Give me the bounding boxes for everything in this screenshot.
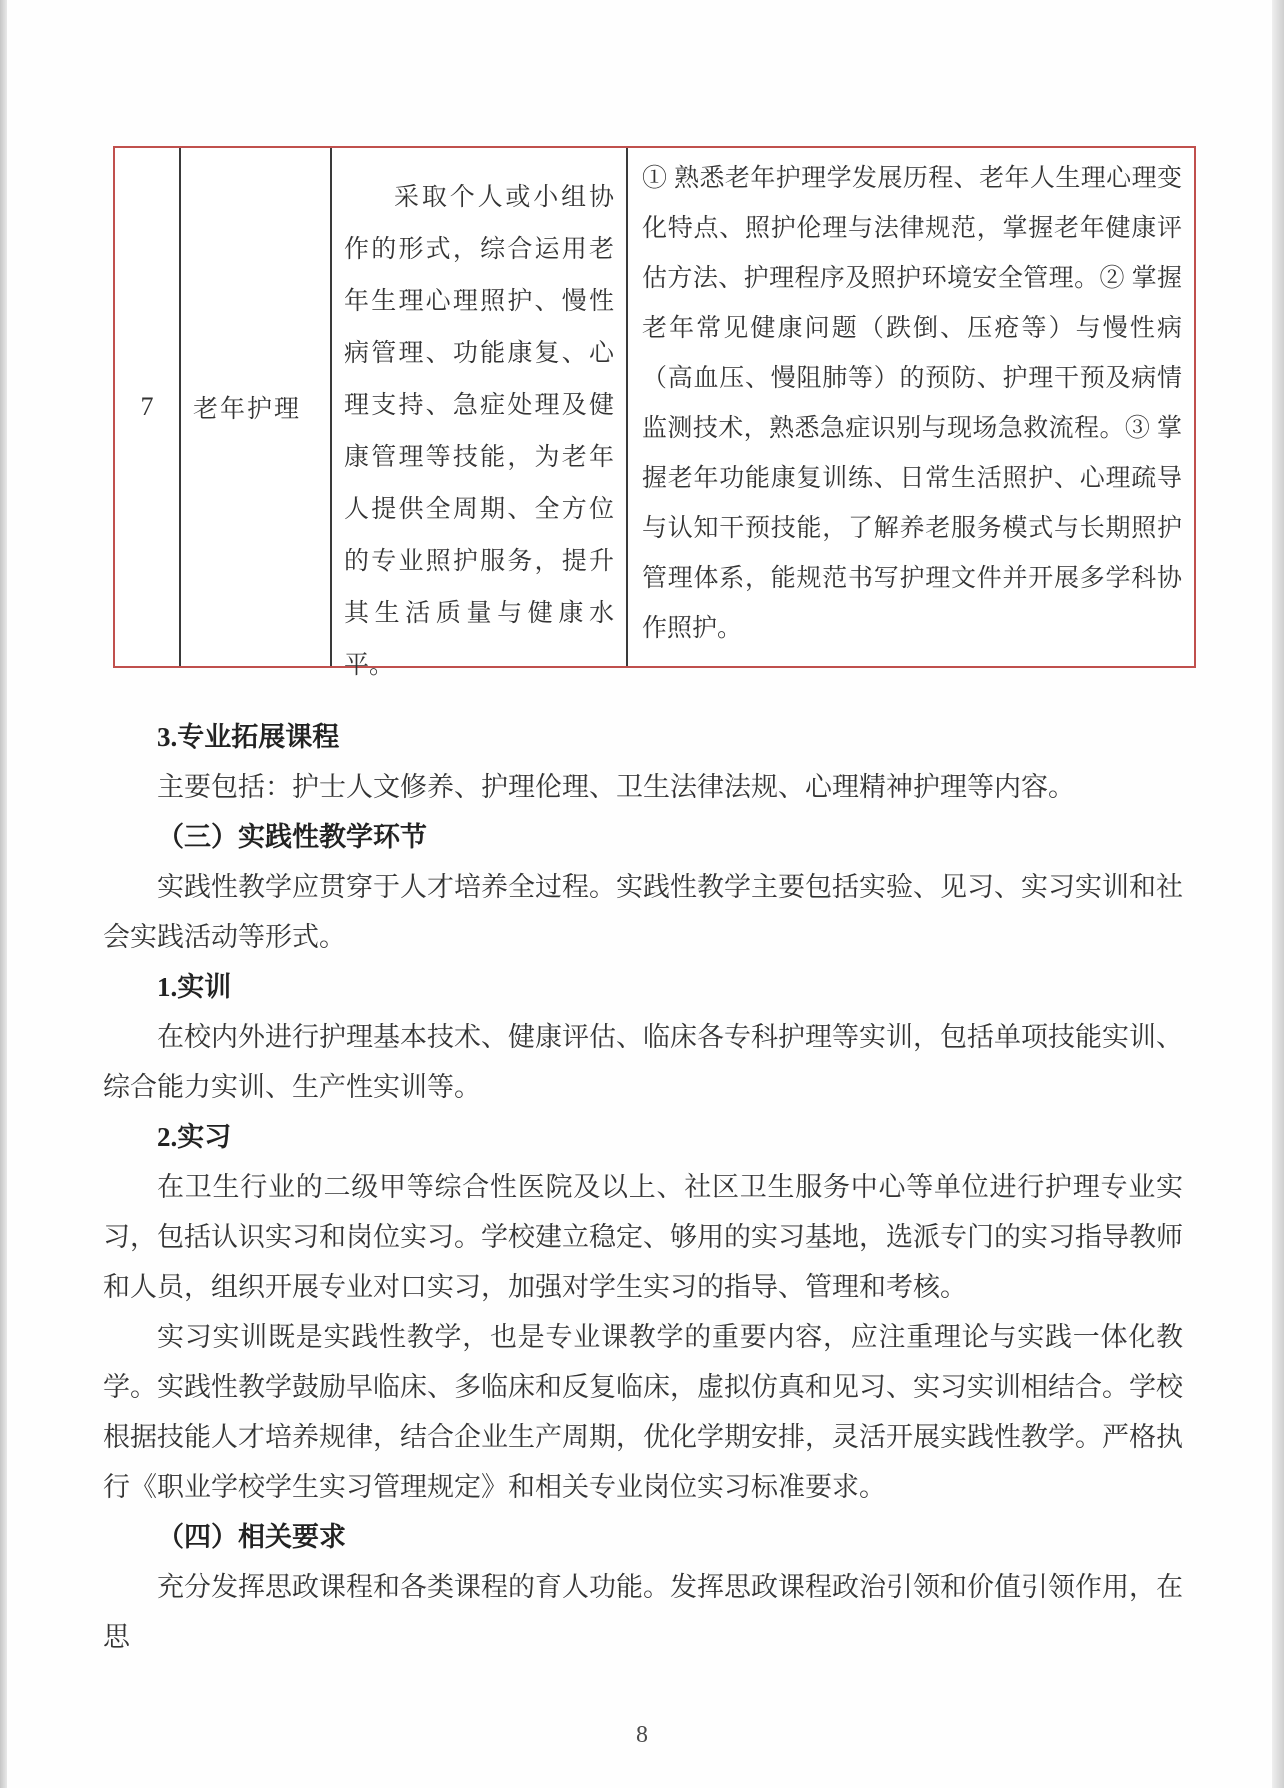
table-cell-course-objectives: ① 熟悉老年护理学发展历程、老年人生理心理变化特点、照护伦理与法律规范，掌握老年… — [628, 148, 1194, 666]
row-index-value: 7 — [141, 392, 154, 422]
table-cell-course-name: 老年护理 — [181, 148, 332, 666]
para-related-requirements: 充分发挥思政课程和各类课程的育人功能。发挥思政课程政治引领和价值引领作用，在思 — [103, 1562, 1183, 1662]
heading-major-expansion-courses: 3.专业拓展课程 — [103, 712, 1183, 762]
scan-edge-left — [0, 0, 7, 1788]
table-cell-course-description: 采取个人或小组协作的形式，综合运用老年生理心理照护、慢性病管理、功能康复、心理支… — [332, 148, 628, 666]
para-internship-training: 实习实训既是实践性教学，也是专业课教学的重要内容，应注重理论与实践一体化教学。实… — [103, 1312, 1183, 1512]
heading-practical-teaching: （三）实践性教学环节 — [103, 812, 1183, 862]
scan-edge-right — [1272, 0, 1284, 1788]
para-internship: 在卫生行业的二级甲等综合性医院及以上、社区卫生服务中心等单位进行护理专业实习，包… — [103, 1162, 1183, 1312]
para-practical-teaching: 实践性教学应贯穿于人才培养全过程。实践性教学主要包括实验、见习、实习实训和社会实… — [103, 862, 1183, 962]
para-training: 在校内外进行护理基本技术、健康评估、临床各专科护理等实训，包括单项技能实训、综合… — [103, 1012, 1183, 1112]
heading-internship: 2.实习 — [103, 1112, 1183, 1162]
body-content: 3.专业拓展课程 主要包括：护士人文修养、护理伦理、卫生法律法规、心理精神护理等… — [103, 712, 1183, 1662]
page-number: 8 — [0, 1722, 1284, 1749]
course-table: 7 老年护理 采取个人或小组协作的形式，综合运用老年生理心理照护、慢性病管理、功… — [113, 146, 1196, 668]
heading-training: 1.实训 — [103, 962, 1183, 1012]
para-expansion-courses-content: 主要包括：护士人文修养、护理伦理、卫生法律法规、心理精神护理等内容。 — [103, 762, 1183, 812]
document-page: 7 老年护理 采取个人或小组协作的形式，综合运用老年生理心理照护、慢性病管理、功… — [0, 0, 1284, 1788]
table-cell-row-index: 7 — [115, 148, 181, 666]
heading-related-requirements: （四）相关要求 — [103, 1512, 1183, 1562]
course-name: 老年护理 — [193, 389, 301, 425]
